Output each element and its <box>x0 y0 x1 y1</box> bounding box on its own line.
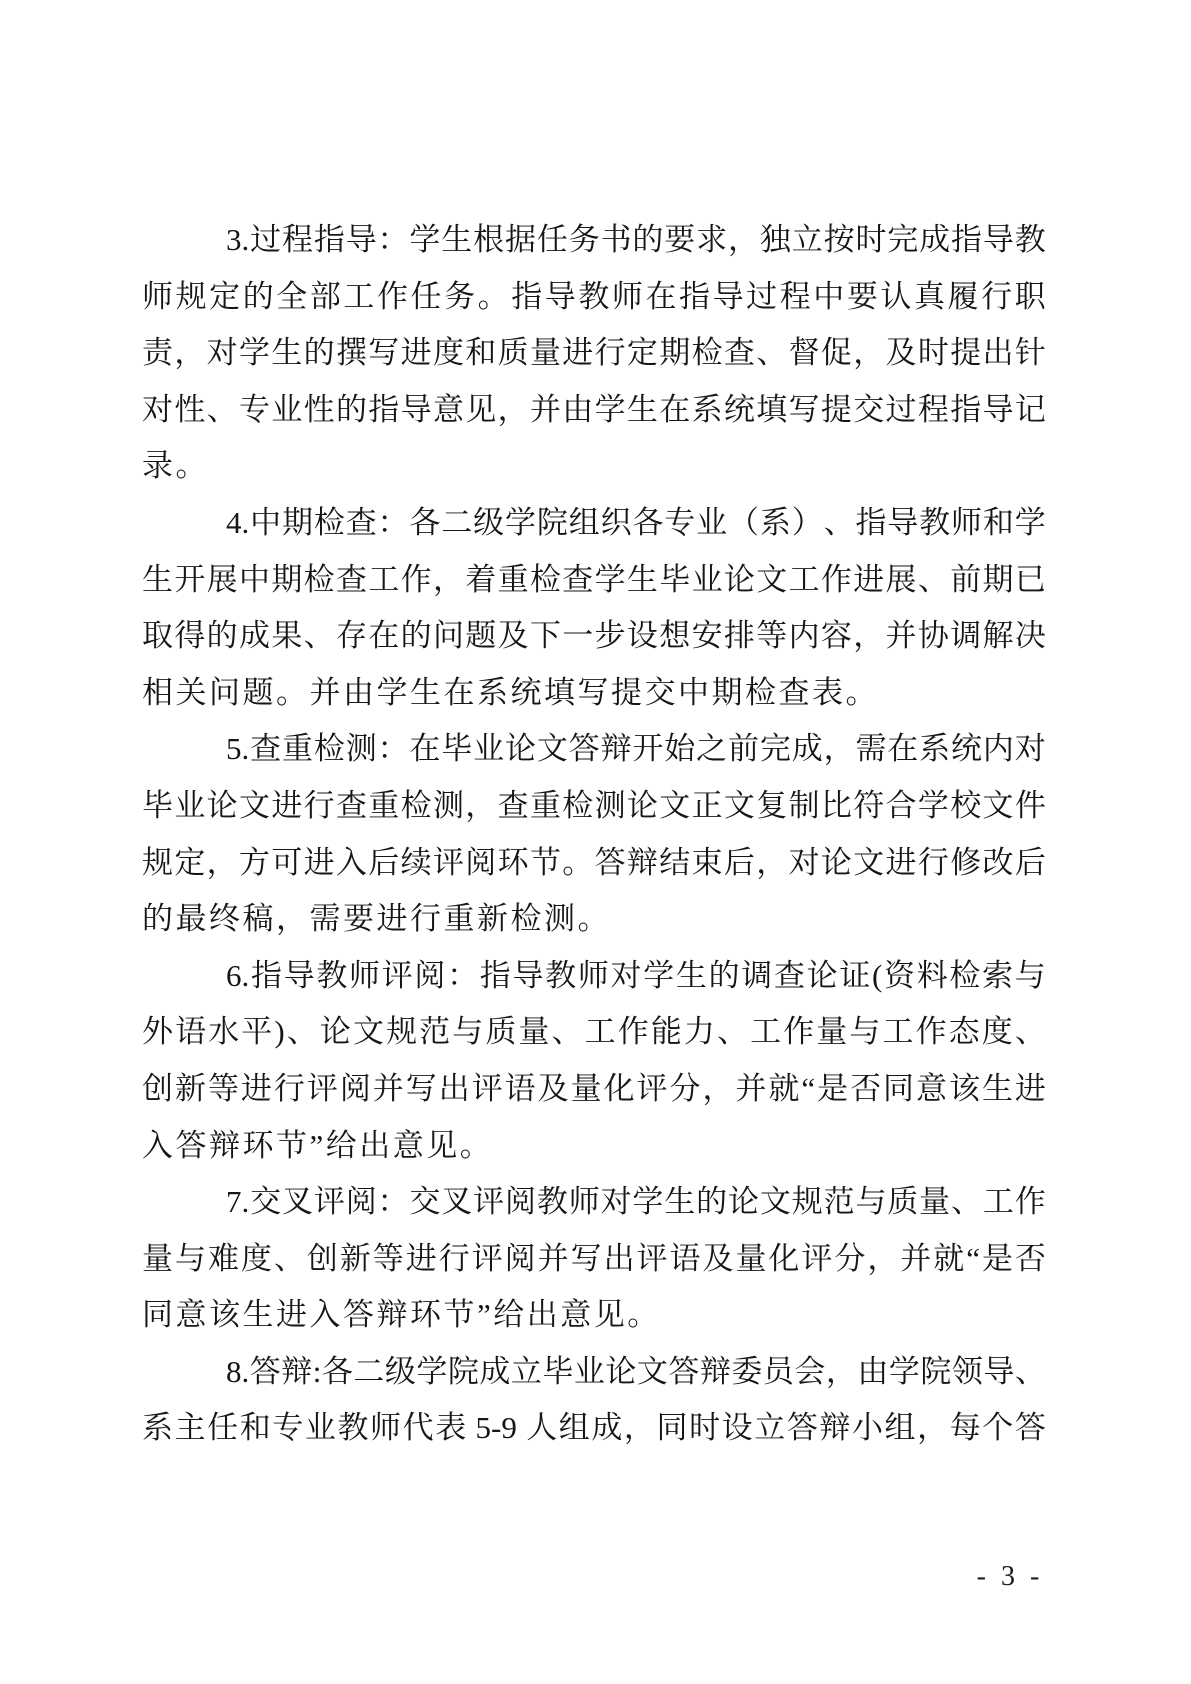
text-line: 的最终稿，需要进行重新检测。 <box>142 891 1046 948</box>
text-line: 师规定的全部工作任务。指导教师在指导过程中要认真履行职 <box>142 269 1046 326</box>
document-page: 3.过程指导：学生根据任务书的要求，独立按时完成指导教师规定的全部工作任务。指导… <box>0 0 1191 1684</box>
text-line: 7.交叉评阅：交叉评阅教师对学生的论文规范与质量、工作 <box>142 1174 1046 1231</box>
text-line: 3.过程指导：学生根据任务书的要求，独立按时完成指导教 <box>142 212 1046 269</box>
text-line: 入答辩环节”给出意见。 <box>142 1118 1046 1175</box>
text-line: 4.中期检查：各二级学院组织各专业（系）、指导教师和学 <box>142 495 1046 552</box>
text-line: 责，对学生的撰写进度和质量进行定期检查、督促，及时提出针 <box>142 325 1046 382</box>
text-line: 毕业论文进行查重检测，查重检测论文正文复制比符合学校文件 <box>142 778 1046 835</box>
text-line: 5.查重检测：在毕业论文答辩开始之前完成，需在系统内对 <box>142 721 1046 778</box>
text-line: 规定，方可进入后续评阅环节。答辩结束后，对论文进行修改后 <box>142 835 1046 892</box>
paragraph-item-5: 5.查重检测：在毕业论文答辩开始之前完成，需在系统内对毕业论文进行查重检测，查重… <box>142 721 1046 947</box>
text-line: 创新等进行评阅并写出评语及量化评分，并就“是否同意该生进 <box>142 1061 1046 1118</box>
text-line: 取得的成果、存在的问题及下一步设想安排等内容，并协调解决 <box>142 608 1046 665</box>
document-body: 3.过程指导：学生根据任务书的要求，独立按时完成指导教师规定的全部工作任务。指导… <box>142 212 1046 1457</box>
text-line: 8.答辩:各二级学院成立毕业论文答辩委员会，由学院领导、 <box>142 1344 1046 1401</box>
text-line: 录。 <box>142 438 1046 495</box>
paragraph-item-8: 8.答辩:各二级学院成立毕业论文答辩委员会，由学院领导、系主任和专业教师代表 5… <box>142 1344 1046 1457</box>
text-line: 量与难度、创新等进行评阅并写出评语及量化评分，并就“是否 <box>142 1231 1046 1288</box>
text-line: 6.指导教师评阅：指导教师对学生的调查论证(资料检索与 <box>142 948 1046 1005</box>
page-number: - 3 - <box>960 1561 1060 1593</box>
text-line: 对性、专业性的指导意见，并由学生在系统填写提交过程指导记 <box>142 382 1046 439</box>
paragraph-item-7: 7.交叉评阅：交叉评阅教师对学生的论文规范与质量、工作量与难度、创新等进行评阅并… <box>142 1174 1046 1344</box>
text-line: 同意该生进入答辩环节”给出意见。 <box>142 1287 1046 1344</box>
paragraph-item-6: 6.指导教师评阅：指导教师对学生的调查论证(资料检索与外语水平)、论文规范与质量… <box>142 948 1046 1174</box>
text-line: 生开展中期检查工作，着重检查学生毕业论文工作进展、前期已 <box>142 552 1046 609</box>
paragraph-item-3: 3.过程指导：学生根据任务书的要求，独立按时完成指导教师规定的全部工作任务。指导… <box>142 212 1046 495</box>
text-line: 外语水平)、论文规范与质量、工作能力、工作量与工作态度、 <box>142 1004 1046 1061</box>
paragraph-item-4: 4.中期检查：各二级学院组织各专业（系）、指导教师和学生开展中期检查工作，着重检… <box>142 495 1046 721</box>
text-line: 系主任和专业教师代表 5-9 人组成，同时设立答辩小组，每个答 <box>142 1400 1046 1457</box>
text-line: 相关问题。并由学生在系统填写提交中期检查表。 <box>142 665 1046 722</box>
